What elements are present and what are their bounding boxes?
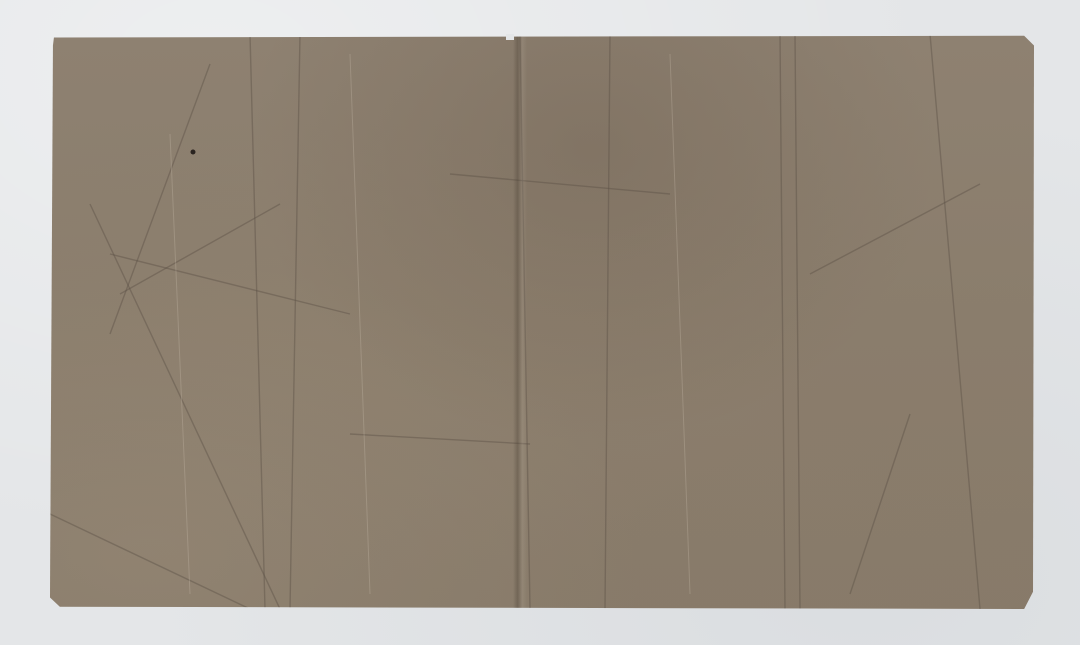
top-notch	[506, 34, 514, 40]
crease-lines	[50, 34, 1034, 609]
center-fold	[513, 34, 527, 609]
paper-note	[50, 34, 1034, 609]
